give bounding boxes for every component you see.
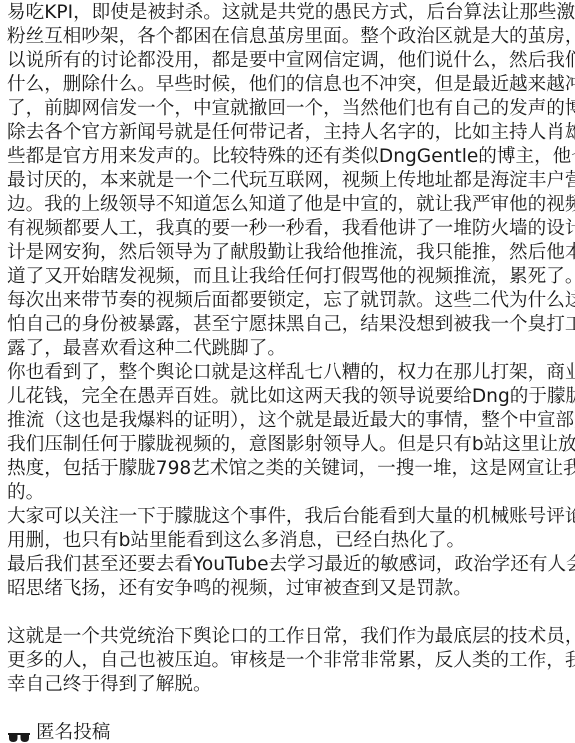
text-line: 的。: [7, 481, 573, 505]
text-line: 热度，包括于朦胧798艺术馆之类的关键词，一搜一堆，这是网宣让我们做: [7, 457, 573, 481]
paragraph-spacer: [7, 601, 573, 625]
text-line: 你也看到了，整个舆论口就是这样乱七八糟的，权力在那儿打架，商业在那: [7, 361, 573, 385]
text-line: 每次出来带节奏的视频后面都要锁定，忘了就罚款。这些二代为什么这么害: [7, 289, 573, 313]
text-line: 计是网安狗，然后领导为了献殷勤让我给他推流，我只能推，然后他本人知: [7, 241, 573, 265]
text-line: 幸自己终于得到了解脱。: [7, 673, 573, 697]
text-line: 这就是一个共党统治下舆论口的工作日常，我们作为最底层的技术员，压迫: [7, 625, 573, 649]
paragraph-spacer: [7, 697, 573, 721]
text-line: 易吃KPI，即使是被封杀。这就是共党的愚民方式，后台算法让那些激进的: [7, 1, 573, 25]
signature-label: 匿名投稿: [36, 721, 110, 743]
sunglasses-icon: [8, 727, 30, 739]
text-line: 粉丝互相吵架，各个都困在信息茧房里面。整个政治区就是大的茧房，我可: [7, 25, 573, 49]
text-line: 更多的人，自己也被压迫。审核是一个非常非常累，反人类的工作，我很庆: [7, 649, 573, 673]
text-line: 儿花钱，完全在愚弄百姓。就比如这两天我的领导说要给Dng的于朦胧视频: [7, 385, 573, 409]
text-line: 边。我的上级领导不知道怎么知道了他是中宣的，就让我严审他的视频，所: [7, 193, 573, 217]
text-line: 除去各个官方新闻号就是任何带记者，主持人名字的，比如主持人肖雄，这: [7, 121, 573, 145]
paragraph-3: 大家可以关注一下于朦胧这个事件，我后台能看到大量的机械账号评论，不 用删，也只有…: [7, 505, 573, 553]
paragraph-1: 易吃KPI，即使是被封杀。这就是共党的愚民方式，后台算法让那些激进的 粉丝互相吵…: [7, 1, 573, 361]
text-line: 我们压制任何于朦胧视频的，意图影射领导人。但是只有b站这里让放大量: [7, 433, 573, 457]
text-line: 怕自己的身份被暴露，甚至宁愿抹黑自己，结果没想到被我一个臭打工的泄: [7, 313, 573, 337]
text-line: 昭思绪飞扬，还有安争鸣的视频，过审被查到又是罚款。: [7, 577, 573, 601]
paragraph-5: 这就是一个共党统治下舆论口的工作日常，我们作为最底层的技术员，压迫 更多的人，自…: [7, 625, 573, 697]
text-line: 以说所有的讨论都没用，都是要中宣网信定调，他们说什么，然后我们推送: [7, 49, 573, 73]
text-line: 道了又开始瞎发视频，而且让我给任何打假骂他的视频推流，累死了。而且: [7, 265, 573, 289]
paragraph-4: 最后我们甚至还要去看YouTube去学习最近的敏感词，政治学还有人会搬文 昭思绪…: [7, 553, 573, 601]
text-line: 最讨厌的，本来就是一个二代玩互联网，视频上传地址都是海淀丰户营那: [7, 169, 573, 193]
text-line: 推流（这也是我爆料的证明），这个就是最近最大的事情，整个中宣部是要: [7, 409, 573, 433]
text-line: 大家可以关注一下于朦胧这个事件，我后台能看到大量的机械账号评论，不: [7, 505, 573, 529]
text-line: 有视频都要人工，我真的要一秒一秒看，我看他讲了一堆防火墙的设计，估: [7, 217, 573, 241]
text-line: 用删，也只有b站里能看到这么多消息，已经白热化了。: [7, 529, 573, 553]
text-line: 露了，最喜欢看这种二代跳脚了。: [7, 337, 573, 361]
text-line: 些都是官方用来发声的。比较特殊的还有类似DngGentle的博主，他也是我: [7, 145, 573, 169]
text-line: 最后我们甚至还要去看YouTube去学习最近的敏感词，政治学还有人会搬文: [7, 553, 573, 577]
post-body: 易吃KPI，即使是被封杀。这就是共党的愚民方式，后台算法让那些激进的 粉丝互相吵…: [7, 1, 573, 743]
signature: 匿名投稿: [7, 721, 573, 743]
text-line: 什么，删除什么。早些时候，他们的信息也不冲突，但是最近越来越冲突: [7, 73, 573, 97]
paragraph-2: 你也看到了，整个舆论口就是这样乱七八糟的，权力在那儿打架，商业在那 儿花钱，完全…: [7, 361, 573, 505]
text-line: 了，前脚网信发一个，中宣就撤回一个，当然他们也有自己的发声的博主，: [7, 97, 573, 121]
